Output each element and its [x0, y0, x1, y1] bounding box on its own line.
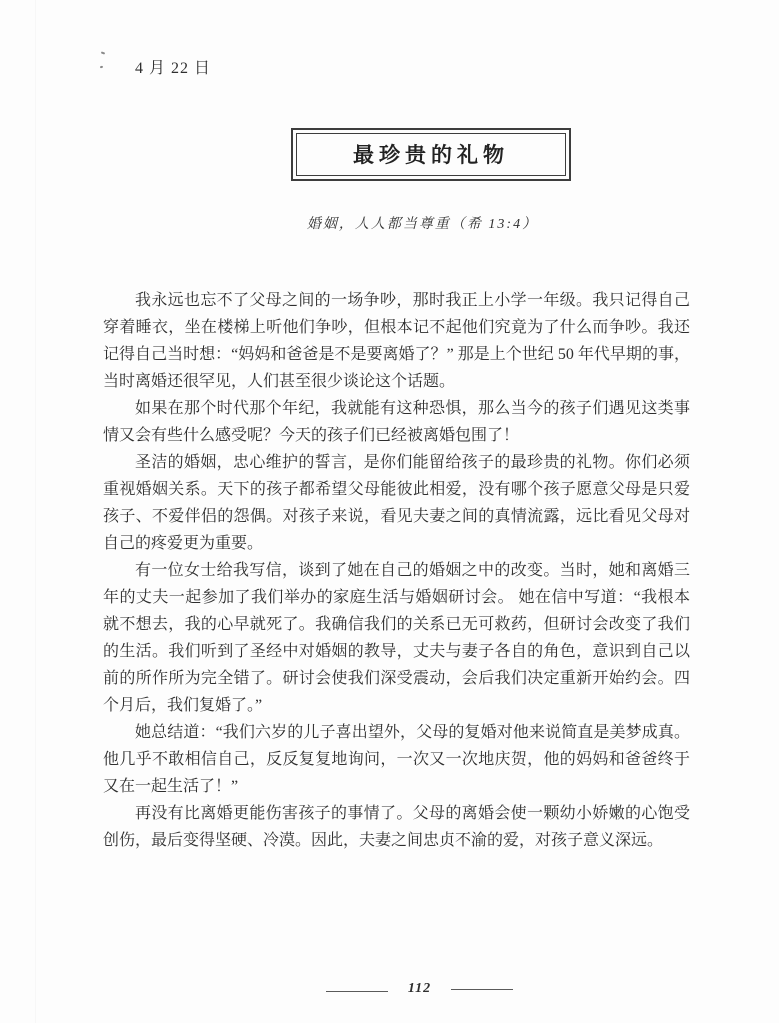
- title-box: 最珍贵的礼物: [291, 128, 571, 181]
- scan-artifact: [101, 51, 105, 54]
- paragraph: 再没有比离婚更能伤害孩子的事情了。父母的离婚会使一颗幼小娇嫩的心饱受创伤，最后变…: [103, 800, 690, 854]
- body-text: 我永远也忘不了父母之间的一场争吵，那时我正上小学一年级。我只记得自己穿着睡衣，坐…: [103, 287, 690, 854]
- book-page: 4 月 22 日 最珍贵的礼物 婚姻，人人都当尊重（希 13:4） 我永远也忘不…: [0, 0, 779, 1023]
- paragraph: 我永远也忘不了父母之间的一场争吵，那时我正上小学一年级。我只记得自己穿着睡衣，坐…: [103, 287, 690, 395]
- paragraph: 有一位女士给我写信，谈到了她在自己的婚姻之中的改变。当时，她和离婚三年的丈夫一起…: [103, 557, 690, 719]
- paragraph: 如果在那个时代那个年纪，我就能有这种恐惧，那么当今的孩子们遇见这类事情又会有些什…: [103, 395, 690, 449]
- scripture-quote: 婚姻，人人都当尊重（希 13:4）: [129, 213, 716, 233]
- scan-page-edge: [35, 0, 36, 1023]
- paragraph: 圣洁的婚姻，忠心维护的誓言，是你们能留给孩子的最珍贵的礼物。你们必须重视婚姻关系…: [103, 449, 690, 557]
- footer: 112: [30, 981, 779, 997]
- date-label: 4 月 22 日: [135, 55, 211, 78]
- page-title: 最珍贵的礼物: [353, 143, 509, 167]
- title-box-inner: 最珍贵的礼物: [296, 133, 566, 176]
- footer-rule-left: [326, 991, 388, 992]
- scan-artifact: [100, 66, 103, 69]
- page-number: 112: [408, 981, 431, 997]
- footer-rule-right: [451, 989, 513, 990]
- paragraph: 她总结道：“我们六岁的儿子喜出望外，父母的复婚对他来说简直是美梦成真。他几乎不敢…: [103, 719, 690, 800]
